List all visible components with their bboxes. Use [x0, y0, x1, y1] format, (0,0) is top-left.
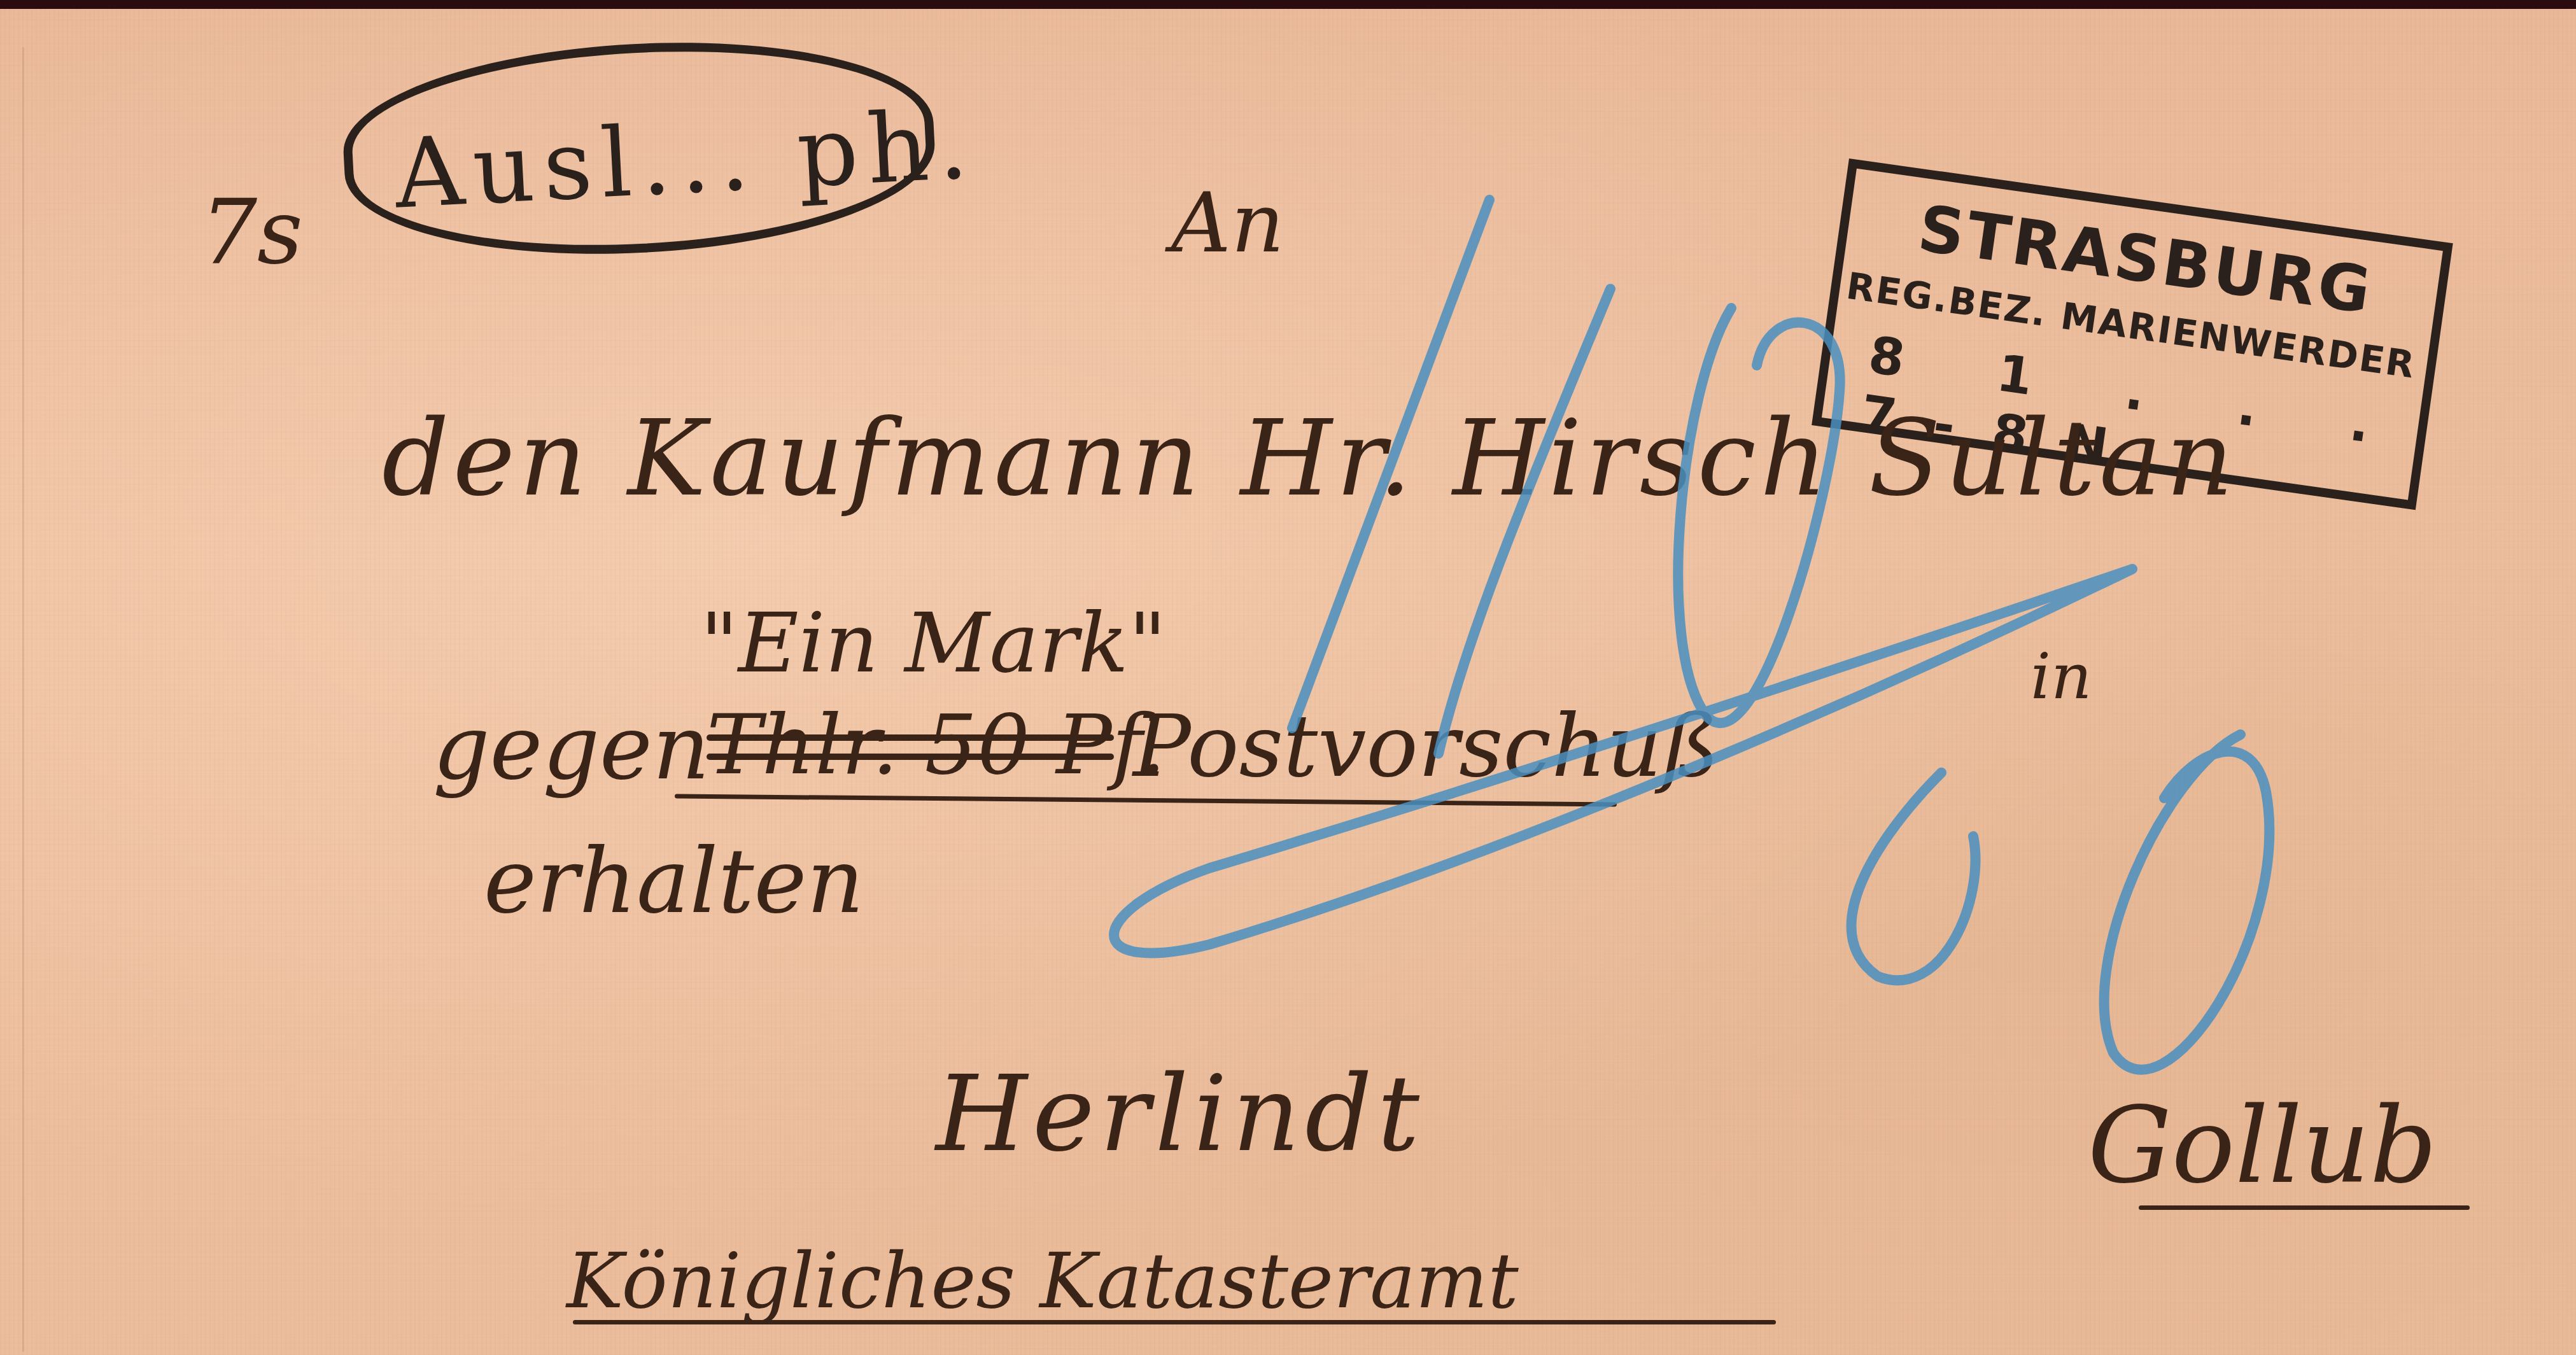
crayon-stroke-3	[1678, 308, 1840, 723]
blue-crayon-marks	[0, 9, 2576, 1355]
crayon-loop	[1114, 569, 2132, 953]
crayon-zero	[2104, 734, 2270, 1070]
postal-cover: Ausl... ph. STRASBURG REG.BEZ. MARIENWER…	[0, 9, 2576, 1355]
crayon-four	[1852, 773, 1976, 980]
crayon-stroke-1	[1292, 200, 1489, 728]
crayon-stroke-2	[1439, 289, 1610, 754]
